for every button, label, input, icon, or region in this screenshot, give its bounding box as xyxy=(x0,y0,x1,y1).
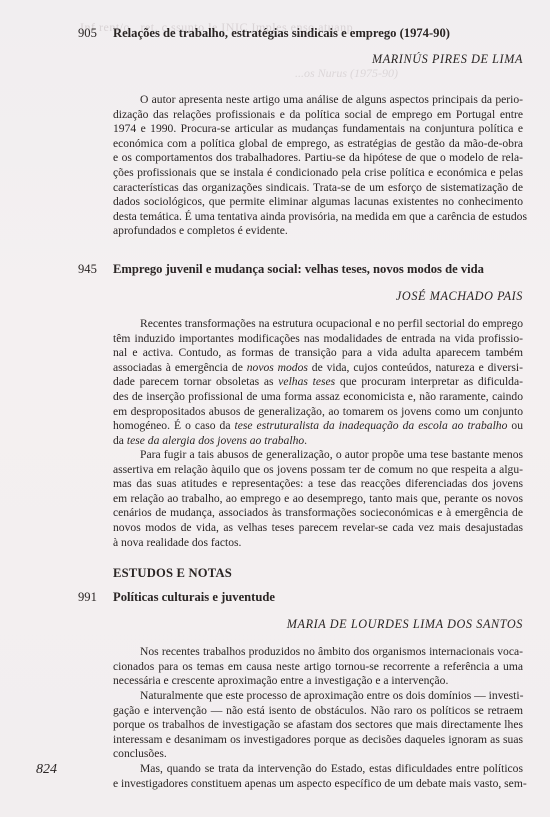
text-line: necessária e crescente aproximação entre… xyxy=(113,674,523,689)
text-line: conclusões. xyxy=(113,747,523,762)
journal-page: Inf rent/o , ret. c ssunto le INIC Imple… xyxy=(0,0,550,817)
page-number: 824 xyxy=(36,762,57,778)
text-line: e os comportamentos dos trabalhadores. P… xyxy=(113,151,523,166)
entry-991-p2: Naturalmente que este processo de aproxi… xyxy=(113,689,523,762)
entry-991-author: MARIA DE LOURDES LIMA DOS SANTOS xyxy=(287,617,523,632)
text-line: mas das suas atitudes e representações: … xyxy=(113,477,523,492)
text-line: Para fugir a tais abusos de generalizaçã… xyxy=(113,448,523,463)
text-line: novos modos de vida, as velhas teses par… xyxy=(113,521,523,536)
bleed-through-text-2: ...os Nurus (1975-90) xyxy=(295,66,398,81)
emphasis: tese da alergia dos jovens ao trabalho xyxy=(127,434,304,447)
text-line: gação e intervenção — não está isento de… xyxy=(113,704,523,719)
text-line: dados sociológicos, que permite eliminar… xyxy=(113,195,523,210)
text-line: ções profissionais que se instala é cond… xyxy=(113,166,523,181)
entry-905-author: MARINÚS PIRES DE LIMA xyxy=(372,52,523,67)
text-line: homogéneo. É o caso da tese estruturalis… xyxy=(113,419,523,434)
text-line: aprofundados e completos é evidente. xyxy=(113,224,523,239)
emphasis: novos modos xyxy=(247,361,308,374)
text-line: características das organizações sindica… xyxy=(113,181,523,196)
entry-991-p3: Mas, quando se trata da intervenção do E… xyxy=(113,762,523,791)
text-line: económica com a política global de empre… xyxy=(113,137,523,152)
text-line: dade parecem tornar obsoletas as velhas … xyxy=(113,375,523,390)
entry-number: 945 xyxy=(78,262,97,277)
text-line: des de inserção profissional de uma form… xyxy=(113,390,523,405)
text-line: à nova realidade dos factos. xyxy=(113,536,523,551)
section-title: ESTUDOS E NOTAS xyxy=(113,566,232,581)
text-line: Recentes transformações na estrutura ocu… xyxy=(113,317,523,332)
entry-945-author: JOSÉ MACHADO PAIS xyxy=(396,289,523,304)
entry-905-abstract: O autor apresenta neste artigo uma análi… xyxy=(113,93,523,239)
entry-number: 905 xyxy=(78,26,97,41)
entry-title: Emprego juvenil e mudança social: velhas… xyxy=(113,262,484,277)
entry-991-p1: Nos recentes trabalhos produzidos no âmb… xyxy=(113,645,523,689)
entry-title: Relações de trabalho, estratégias sindic… xyxy=(113,26,450,41)
text-line: cenários de mudança, associados às trans… xyxy=(113,506,523,521)
text-line: cionados para os temas em causa neste ar… xyxy=(113,660,523,675)
text-line: Mas, quando se trata da intervenção do E… xyxy=(113,762,523,777)
text-line: assertiva em relação àquilo que os joven… xyxy=(113,463,523,478)
text-line: Naturalmente que este processo de aproxi… xyxy=(113,689,523,704)
text-line: têm induzido importantes modificações na… xyxy=(113,332,523,347)
text-line: associadas à emergência de novos modos d… xyxy=(113,361,523,376)
text-line: O autor apresenta neste artigo uma análi… xyxy=(113,93,523,108)
text-line: nal e activa. Contudo, as formas de tran… xyxy=(113,346,523,361)
text-line: 1974 e 1990. Procura-se articular as mud… xyxy=(113,122,523,137)
text-line: interessam e desanimam os investigadores… xyxy=(113,733,523,748)
entry-number: 991 xyxy=(78,590,97,605)
text-line: em relação ao trabalho, ao emprego e ao … xyxy=(113,492,523,507)
text-line: da tese da alergia dos jovens ao trabalh… xyxy=(113,434,523,449)
emphasis: velhas teses xyxy=(278,375,335,388)
emphasis: tese estruturalista da inadequação da es… xyxy=(235,419,508,432)
text-line: porque os trabalhos de investigação se a… xyxy=(113,718,523,733)
text-line: dização das relações profissionais e da … xyxy=(113,108,523,123)
text-line: e investigadores constituem apenas um as… xyxy=(113,777,523,792)
text-line: desta temática. É uma tentativa ainda pr… xyxy=(113,210,523,225)
entry-945-abstract-p1: Recentes transformações na estrutura ocu… xyxy=(113,317,523,448)
entry-945-abstract-p2: Para fugir a tais abusos de generalizaçã… xyxy=(113,448,523,550)
text-line: Nos recentes trabalhos produzidos no âmb… xyxy=(113,645,523,660)
text-line: em despropositados abusos de generalizaç… xyxy=(113,405,523,420)
entry-title: Políticas culturais e juventude xyxy=(113,590,275,605)
